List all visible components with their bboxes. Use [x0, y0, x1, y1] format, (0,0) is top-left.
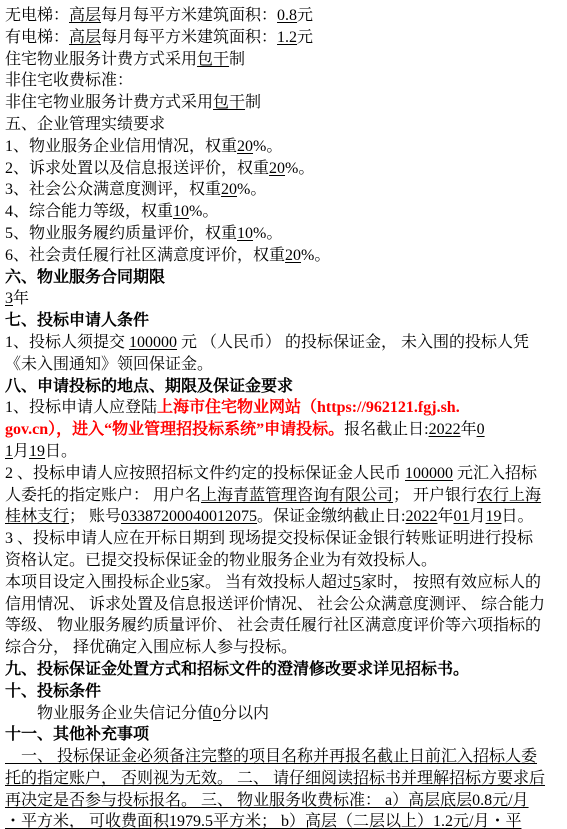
onsite-verify-line: 资格认定。已提交投标保证金的物业服务企业为有效投标人。: [5, 550, 567, 572]
bid-deposit-line: 《未入围通知》领回保证金。: [5, 354, 567, 376]
weight-item-line: 2、诉求处置以及信息报送评价，权重20%。: [5, 158, 567, 180]
text-segment: 一、 投标保证金必须备注完整的项目名称并再报名截止日前汇入招标人委: [5, 748, 537, 765]
text-segment: 十一、其他补充事项: [5, 726, 149, 743]
text-segment: 年: [437, 508, 453, 525]
text-segment: 无电梯：: [5, 7, 69, 24]
text-segment: ； 开户银行: [393, 487, 477, 504]
shortlist-rule-line: 等级、 物业服务履约质量评价、 社会责任履行社区满意度评价等六项指标的: [5, 615, 567, 637]
text-segment: 100000: [129, 334, 177, 351]
fee-no-elevator-line: 无电梯：高层每月每平方米建筑面积：0.8元: [5, 5, 567, 27]
text-segment: 3 、投标申请人应在开标日期到 现场提交投标保证金银行转账证明进行投标: [5, 530, 533, 547]
text-segment: 《未入围通知》领回保证金。: [5, 356, 213, 373]
text-segment: 人委托的指定账户： 用户名: [5, 487, 201, 504]
text-segment: 分以内: [221, 705, 269, 722]
text-segment: 5: [181, 574, 189, 591]
text-segment: 2022: [429, 421, 461, 438]
text-segment: 八、申请投标的地点、期限及保证金要求: [5, 378, 293, 395]
text-segment: 5、物业服务履约质量评价，权重: [5, 225, 237, 242]
text-segment: 制: [245, 94, 261, 111]
text-segment: 元: [297, 29, 313, 46]
text-segment: ； 账号: [69, 508, 121, 525]
section-11-heading: 十一、其他补充事项: [5, 724, 567, 746]
text-segment: 100000: [405, 465, 453, 482]
text-segment: 信用情况、 诉求处置及信息报送评价情况、 社会公众满意度测评、 综合能力: [5, 596, 545, 613]
apply-portal-line: 1、投标申请人应登陆上海市住宅物业网站（https://962121.fgj.s…: [5, 397, 567, 419]
text-segment: 20: [237, 138, 253, 155]
text-segment: 。保证金缴纳截止日:: [257, 508, 405, 525]
shortlist-rule-line: 综合分， 择优确定入围应标人参与投标。: [5, 637, 567, 659]
section-10-heading: 十、投标条件: [5, 681, 567, 703]
text-segment: 高层: [69, 7, 101, 24]
text-segment: 每月每平方米建筑面积：: [101, 29, 277, 46]
text-segment: 日。: [45, 443, 77, 460]
text-segment: 10: [237, 225, 253, 242]
text-segment: 0: [477, 421, 485, 438]
text-segment: 高层: [69, 29, 101, 46]
text-segment: 农行上海: [477, 487, 541, 504]
fee-with-elevator-line: 有电梯：高层每月每平方米建筑面积：1.2元: [5, 27, 567, 49]
text-segment: 1.2: [277, 29, 297, 46]
section-5-heading: 五、企业管理实绩要求: [5, 114, 567, 136]
text-segment: 再决定是否参与投标报名。 三、 物业服务收费标准： a）高层底层0.8元/月: [5, 792, 529, 809]
text-segment: ・平方米， 可收费面积1979.5平方米； b）高层（二层以上）1.2元/月・平: [5, 813, 521, 829]
text-segment: 20: [221, 181, 237, 198]
text-segment: 九、投标保证金处置方式和招标文件的澄清修改要求详见招标书。: [5, 661, 469, 678]
apply-portal-line: 1月19日。: [5, 441, 567, 463]
text-segment: 物业服务企业失信记分值: [5, 705, 213, 722]
text-segment: 综合分， 择优确定入围应标人参与投标。: [5, 639, 297, 656]
text-segment: 19: [486, 508, 502, 525]
text-segment: 年: [13, 290, 29, 307]
credit-score-line: 物业服务企业失信记分值0分以内: [5, 703, 567, 725]
text-segment: 住宅物业服务计费方式采用: [5, 51, 197, 68]
text-segment: 家时， 按照有效应标人的: [361, 574, 541, 591]
text-segment: 月: [470, 508, 486, 525]
section-9-heading: 九、投标保证金处置方式和招标文件的澄清修改要求详见招标书。: [5, 659, 567, 681]
weight-item-line: 3、社会公众满意度测评，权重20%。: [5, 179, 567, 201]
residential-billing-line: 住宅物业服务计费方式采用包干制: [5, 49, 567, 71]
supplement-line: 托的指定账户， 否则视为无效。 二、 请仔细阅读招标书并理解招标方要求后: [5, 768, 567, 790]
shortlist-rule-line: 信用情况、 诉求处置及信息报送评价情况、 社会公众满意度测评、 综合能力: [5, 594, 567, 616]
text-segment: 资格认定。已提交投标保证金的物业服务企业为有效投标人。: [5, 552, 437, 569]
text-segment: 非住宅物业服务计费方式采用: [5, 94, 213, 111]
text-segment: 非住宅收费标准：: [5, 72, 133, 89]
deposit-account-line: 人委托的指定账户： 用户名上海青蓝管理咨询有限公司； 开户银行农行上海: [5, 485, 567, 507]
weight-item-line: 6、社会责任履行社区满意度评价，权重20%。: [5, 245, 567, 267]
text-segment: 19: [29, 443, 45, 460]
text-segment: 4、综合能力等级，权重: [5, 203, 173, 220]
text-segment: 月: [13, 443, 29, 460]
nonresidential-standard-line: 非住宅收费标准：: [5, 70, 567, 92]
text-segment: 6、社会责任履行社区满意度评价，权重: [5, 247, 285, 264]
text-segment: 2 、投标申请人应按照招标文件约定的投标保证金人民币: [5, 465, 405, 482]
text-segment: 制: [229, 51, 245, 68]
text-segment: 5: [353, 574, 361, 591]
text-segment: %。: [285, 160, 314, 177]
text-segment: 2022: [405, 508, 437, 525]
onsite-verify-line: 3 、投标申请人应在开标日期到 现场提交投标保证金银行转账证明进行投标: [5, 528, 567, 550]
deposit-account-line: 桂林支行； 账号03387200040012075。保证金缴纳截止日:2022年…: [5, 506, 567, 528]
text-segment: 托的指定账户， 否则视为无效。 二、 请仔细阅读招标书并理解招标方要求后: [5, 770, 545, 787]
text-segment: 日。: [502, 508, 534, 525]
supplement-line: 一、 投标保证金必须备注完整的项目名称并再报名截止日前汇入招标人委: [5, 746, 567, 768]
text-segment: 20: [269, 160, 285, 177]
text-segment: 1、投标人须提交: [5, 334, 129, 351]
text-segment: 等级、 物业服务履约质量评价、 社会责任履行社区满意度评价等六项指标的: [5, 617, 541, 634]
portal-highlight-text: gov.cn），进入“物业管理招投标系统”申请投标。: [5, 421, 344, 438]
nonresidential-billing-line: 非住宅物业服务计费方式采用包干制: [5, 92, 567, 114]
text-segment: 六、物业服务合同期限: [5, 269, 165, 286]
weight-item-line: 4、综合能力等级，权重10%。: [5, 201, 567, 223]
document-page: 无电梯：高层每月每平方米建筑面积：0.8元有电梯：高层每月每平方米建筑面积：1.…: [0, 0, 567, 829]
supplement-line: ・平方米， 可收费面积1979.5平方米； b）高层（二层以上）1.2元/月・平: [5, 811, 567, 829]
weight-item-line: 1、物业服务企业信用情况，权重20%。: [5, 136, 567, 158]
text-segment: 3、社会公众满意度测评，权重: [5, 181, 221, 198]
text-segment: %。: [253, 225, 282, 242]
text-segment: 元汇入招标: [453, 465, 537, 482]
text-segment: 七、投标申请人条件: [5, 312, 149, 329]
text-segment: 1、物业服务企业信用情况，权重: [5, 138, 237, 155]
text-segment: 每月每平方米建筑面积：: [101, 7, 277, 24]
text-segment: 03387200040012075: [121, 508, 257, 525]
text-segment: 0.8: [277, 7, 297, 24]
text-segment: %。: [301, 247, 330, 264]
document-body: 无电梯：高层每月每平方米建筑面积：0.8元有电梯：高层每月每平方米建筑面积：1.…: [5, 5, 567, 829]
text-segment: 包干: [197, 51, 229, 68]
contract-term-line: 3年: [5, 288, 567, 310]
text-segment: 本项目设定入围投标企业: [5, 574, 181, 591]
text-segment: 元 （人民币） 的投标保证金， 未入围的投标人凭: [177, 334, 529, 351]
shortlist-rule-line: 本项目设定入围投标企业5家。 当有效投标人超过5家时， 按照有效应标人的: [5, 572, 567, 594]
text-segment: %。: [237, 181, 266, 198]
apply-portal-line: gov.cn），进入“物业管理招投标系统”申请投标。报名截止日:2022年0: [5, 419, 567, 441]
section-8-heading: 八、申请投标的地点、期限及保证金要求: [5, 376, 567, 398]
text-segment: %。: [253, 138, 282, 155]
portal-highlight-text: 上海市住宅物业网站（https://962121.fgj.sh.: [157, 399, 460, 416]
text-segment: %。: [189, 203, 218, 220]
bid-deposit-line: 1、投标人须提交 100000 元 （人民币） 的投标保证金， 未入围的投标人凭: [5, 332, 567, 354]
text-segment: 10: [173, 203, 189, 220]
supplement-line: 再决定是否参与投标报名。 三、 物业服务收费标准： a）高层底层0.8元/月: [5, 790, 567, 812]
text-segment: 包干: [213, 94, 245, 111]
text-segment: 1: [5, 443, 13, 460]
section-6-heading: 六、物业服务合同期限: [5, 267, 567, 289]
text-segment: 上海青蓝管理咨询有限公司: [201, 487, 393, 504]
text-segment: 20: [285, 247, 301, 264]
text-segment: 报名截止日:: [344, 421, 428, 438]
text-segment: 2、诉求处置以及信息报送评价，权重: [5, 160, 269, 177]
text-segment: 五、企业管理实绩要求: [5, 116, 165, 133]
section-7-heading: 七、投标申请人条件: [5, 310, 567, 332]
text-segment: 十、投标条件: [5, 683, 101, 700]
text-segment: 3: [5, 290, 13, 307]
text-segment: 有电梯：: [5, 29, 69, 46]
weight-item-line: 5、物业服务履约质量评价，权重10%。: [5, 223, 567, 245]
deposit-account-line: 2 、投标申请人应按照招标文件约定的投标保证金人民币 100000 元汇入招标: [5, 463, 567, 485]
text-segment: 01: [454, 508, 470, 525]
text-segment: 元: [297, 7, 313, 24]
text-segment: 1、投标申请人应登陆: [5, 399, 157, 416]
text-segment: 桂林支行: [5, 508, 69, 525]
text-segment: 家。 当有效投标人超过: [189, 574, 353, 591]
text-segment: 年: [461, 421, 477, 438]
text-segment: 0: [213, 705, 221, 722]
